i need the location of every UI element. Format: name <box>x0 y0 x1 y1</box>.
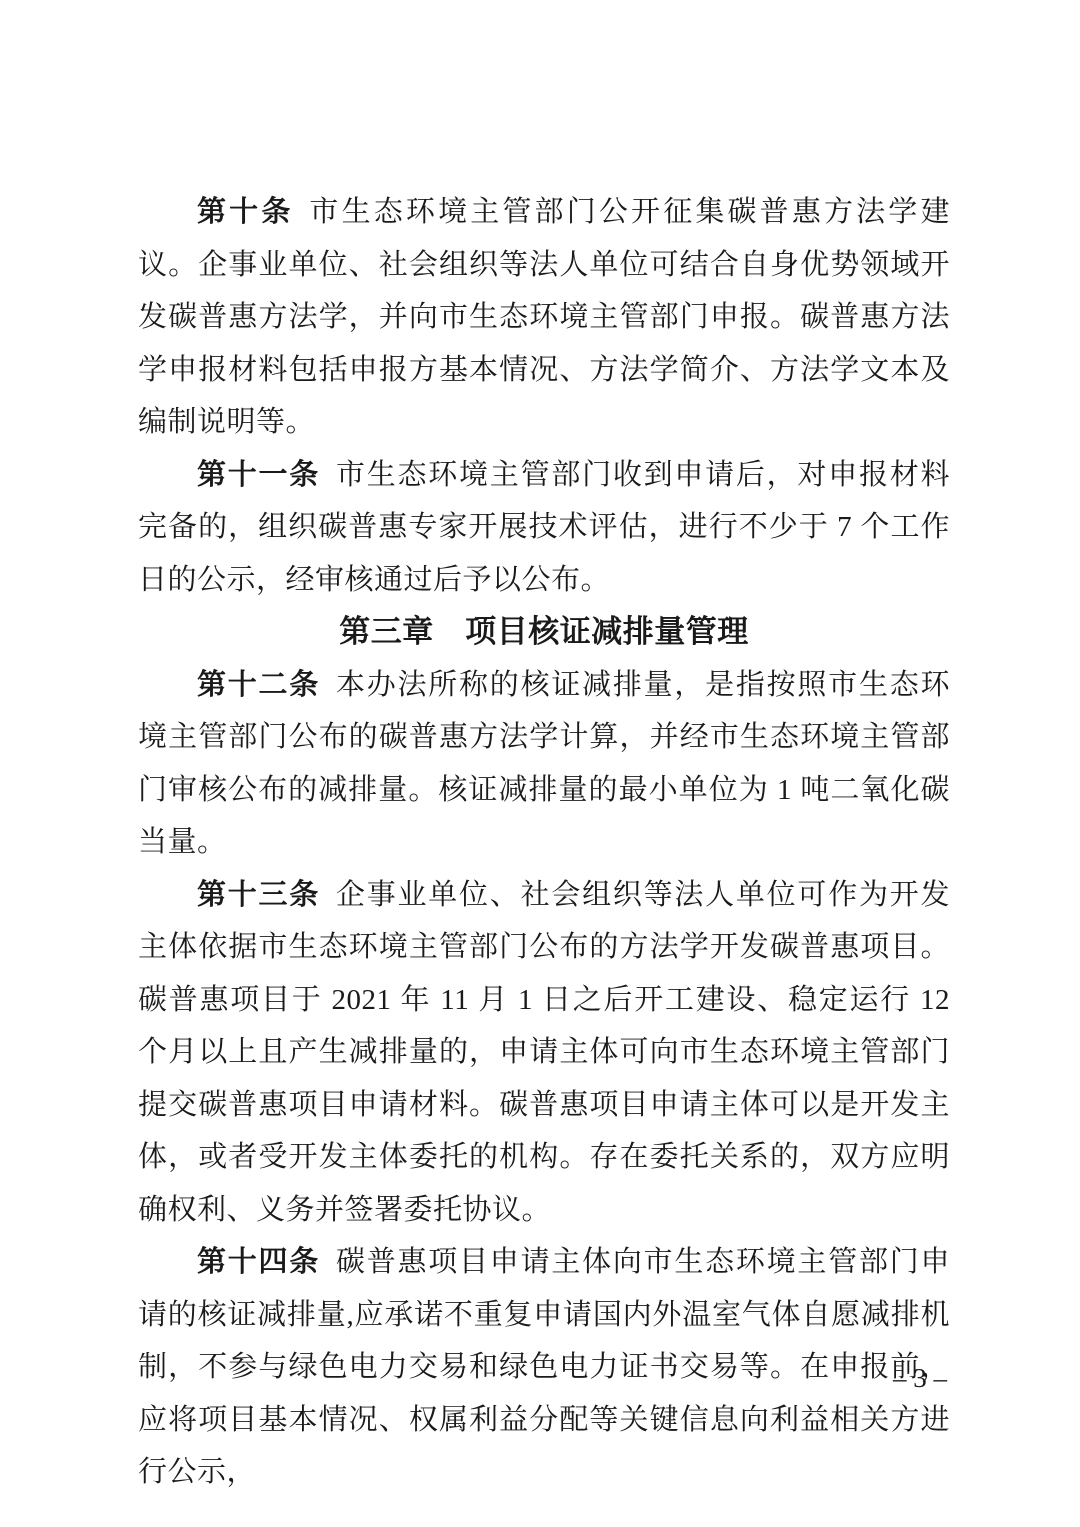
article-12-number: 第十二条 <box>197 669 320 701</box>
article-14-number: 第十四条 <box>197 1246 320 1278</box>
article-10-paragraph: 第十条市生态环境主管部门公开征集碳普惠方法学建议。企事业单位、社会组织等法人单位… <box>138 186 950 449</box>
article-12-paragraph: 第十二条本办法所称的核证减排量，是指按照市生态环境主管部门公布的碳普惠方法学计算… <box>138 659 950 869</box>
article-11-number: 第十一条 <box>197 459 320 491</box>
article-11-paragraph: 第十一条市生态环境主管部门收到申请后，对申报材料完备的，组织碳普惠专家开展技术评… <box>138 449 950 607</box>
article-14-text: 碳普惠项目申请主体向市生态环境主管部门申请的核证减排量,应承诺不重复申请国内外温… <box>138 1246 950 1488</box>
document-page: 第十条市生态环境主管部门公开征集碳普惠方法学建议。企事业单位、社会组织等法人单位… <box>0 0 1080 1527</box>
document-body: 第十条市生态环境主管部门公开征集碳普惠方法学建议。企事业单位、社会组织等法人单位… <box>138 186 950 1499</box>
chapter-3-heading: 第三章 项目核证减排量管理 <box>138 606 950 659</box>
article-13-number: 第十三条 <box>197 879 320 911</box>
article-10-text: 市生态环境主管部门公开征集碳普惠方法学建议。企事业单位、社会组织等法人单位可结合… <box>138 196 950 438</box>
article-13-paragraph: 第十三条企事业单位、社会组织等法人单位可作为开发主体依据市生态环境主管部门公布的… <box>138 869 950 1237</box>
article-10-number: 第十条 <box>197 196 293 228</box>
page-number: – 3 – <box>893 1362 947 1394</box>
article-14-paragraph: 第十四条碳普惠项目申请主体向市生态环境主管部门申请的核证减排量,应承诺不重复申请… <box>138 1236 950 1499</box>
article-13-text: 企事业单位、社会组织等法人单位可作为开发主体依据市生态环境主管部门公布的方法学开… <box>138 879 950 1226</box>
